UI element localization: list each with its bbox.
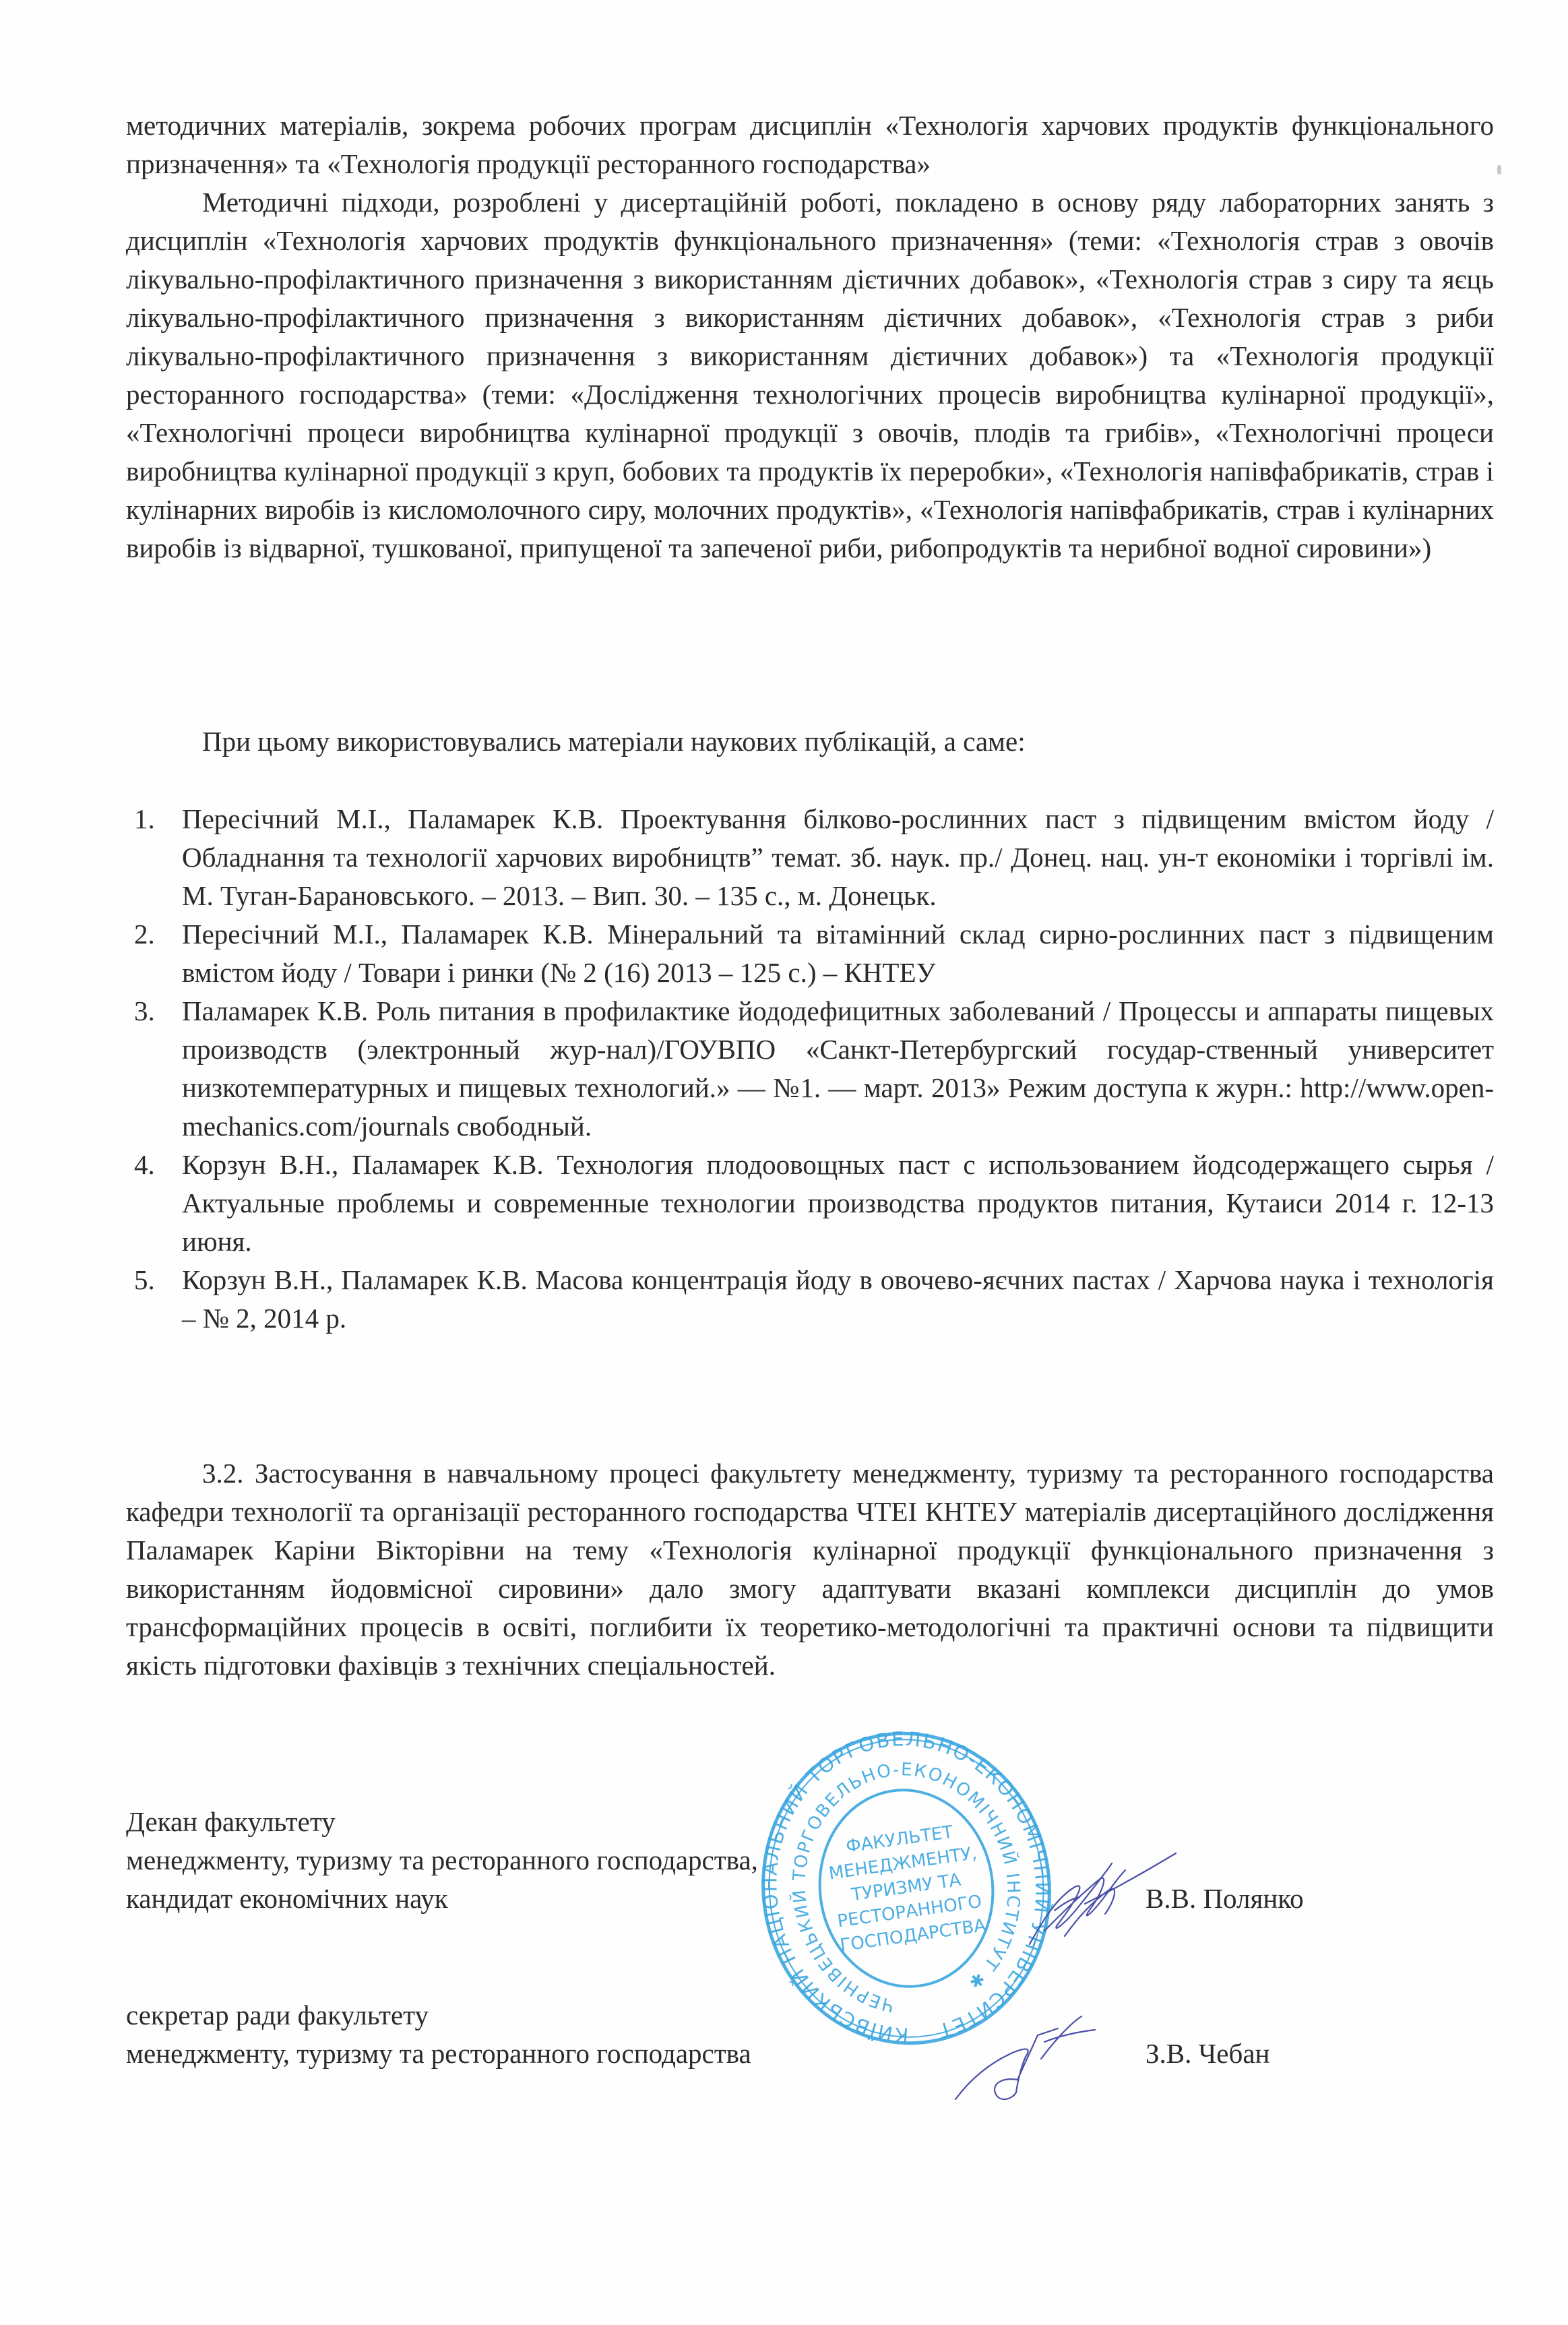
- secretary-signature-icon: [950, 2015, 1098, 2109]
- list-number: 2.: [134, 915, 155, 954]
- official-stamp-icon: КИЇВСЬКИЙ НАЦІОНАЛЬНИЙ ТОРГОВЕЛЬНО-ЕКОНО…: [758, 1729, 1055, 2049]
- svg-text:ТУРИЗМУ ТА: ТУРИЗМУ ТА: [850, 1870, 963, 1906]
- list-item: 5. Корзун В.Н., Паламарек К.В. Масова ко…: [126, 1261, 1494, 1338]
- reference-text: Корзун В.Н., Паламарек К.В. Масова конце…: [182, 1264, 1494, 1334]
- reference-text: Корзун В.Н., Паламарек К.В. Технология п…: [182, 1149, 1494, 1257]
- svg-text:ЧЕРНІВЕЦЬКИЙ ТОРГОВЕЛЬНО-ЕКОНО: ЧЕРНІВЕЦЬКИЙ ТОРГОВЕЛЬНО-ЕКОНОМІЧНИЙ ІНС…: [772, 1744, 1040, 2027]
- reference-text: Паламарек К.В. Роль питания в профилакти…: [182, 995, 1494, 1142]
- list-number: 5.: [134, 1261, 155, 1299]
- reference-text: Пересічний М.І., Паламарек К.В. Мінераль…: [182, 919, 1494, 988]
- svg-text:МЕНЕДЖМЕНТУ,: МЕНЕДЖМЕНТУ,: [827, 1843, 978, 1884]
- paragraph-section-3-2: 3.2. Застосування в навчальному процесі …: [126, 1454, 1494, 1685]
- dean-name: В.В. Полянко: [1146, 1880, 1304, 1918]
- dean-title-line-2: менеджменту, туризму та ресторанного гос…: [126, 1841, 758, 1880]
- dean-title-line-3: кандидат економічних наук: [126, 1880, 448, 1918]
- list-item: 2. Пересічний М.І., Паламарек К.В. Мінер…: [126, 915, 1494, 992]
- svg-text:ФАКУЛЬТЕТ: ФАКУЛЬТЕТ: [845, 1822, 955, 1857]
- secretary-title-line-1: секретар ради факультету: [126, 1996, 429, 2035]
- secretary-title-line-2: менеджменту, туризму та ресторанного гос…: [126, 2035, 751, 2073]
- paragraph-methodical-approaches: Методичні підходи, розроблені у дисертац…: [126, 183, 1494, 567]
- svg-text:ГОСПОДАРСТВА: ГОСПОДАРСТВА: [839, 1915, 987, 1956]
- dean-title-line-1: Декан факультету: [126, 1803, 336, 1841]
- list-number: 3.: [134, 992, 155, 1030]
- list-number: 1.: [134, 800, 155, 838]
- svg-text:КИЇВСЬКИЙ НАЦІОНАЛЬНИЙ ТОРГОВЕ: КИЇВСЬКИЙ НАЦІОНАЛЬНИЙ ТОРГОВЕЛЬНО-ЕКОНО…: [758, 1729, 1055, 2049]
- paragraph-methodical-materials: методичних матеріалів, зокрема робочих п…: [126, 106, 1494, 183]
- svg-text:РЕСТОРАННОГО: РЕСТОРАННОГО: [836, 1892, 983, 1932]
- list-item: 1. Пересічний М.І., Паламарек К.В. Проек…: [126, 800, 1494, 915]
- reference-text: Пересічний М.І., Паламарек К.В. Проектув…: [182, 803, 1494, 911]
- list-number: 4.: [134, 1146, 155, 1184]
- paragraph-text: При цьому використовувались матеріали на…: [126, 722, 1494, 761]
- paragraph-text: методичних матеріалів, зокрема робочих п…: [126, 106, 1494, 183]
- paragraph-text: 3.2. Застосування в навчальному процесі …: [126, 1454, 1494, 1685]
- secretary-name: З.В. Чебан: [1146, 2035, 1269, 2073]
- paragraph-publications-intro: При цьому використовувались матеріали на…: [126, 722, 1494, 761]
- list-item: 4. Корзун В.Н., Паламарек К.В. Технологи…: [126, 1146, 1494, 1261]
- list-item: 3. Паламарек К.В. Роль питания в профила…: [126, 992, 1494, 1146]
- document-page: методичних матеріалів, зокрема робочих п…: [0, 0, 1568, 2325]
- scan-speck: [1497, 165, 1501, 175]
- publications-list: 1. Пересічний М.І., Паламарек К.В. Проек…: [126, 800, 1494, 1338]
- paragraph-text: Методичні підходи, розроблені у дисертац…: [126, 183, 1494, 567]
